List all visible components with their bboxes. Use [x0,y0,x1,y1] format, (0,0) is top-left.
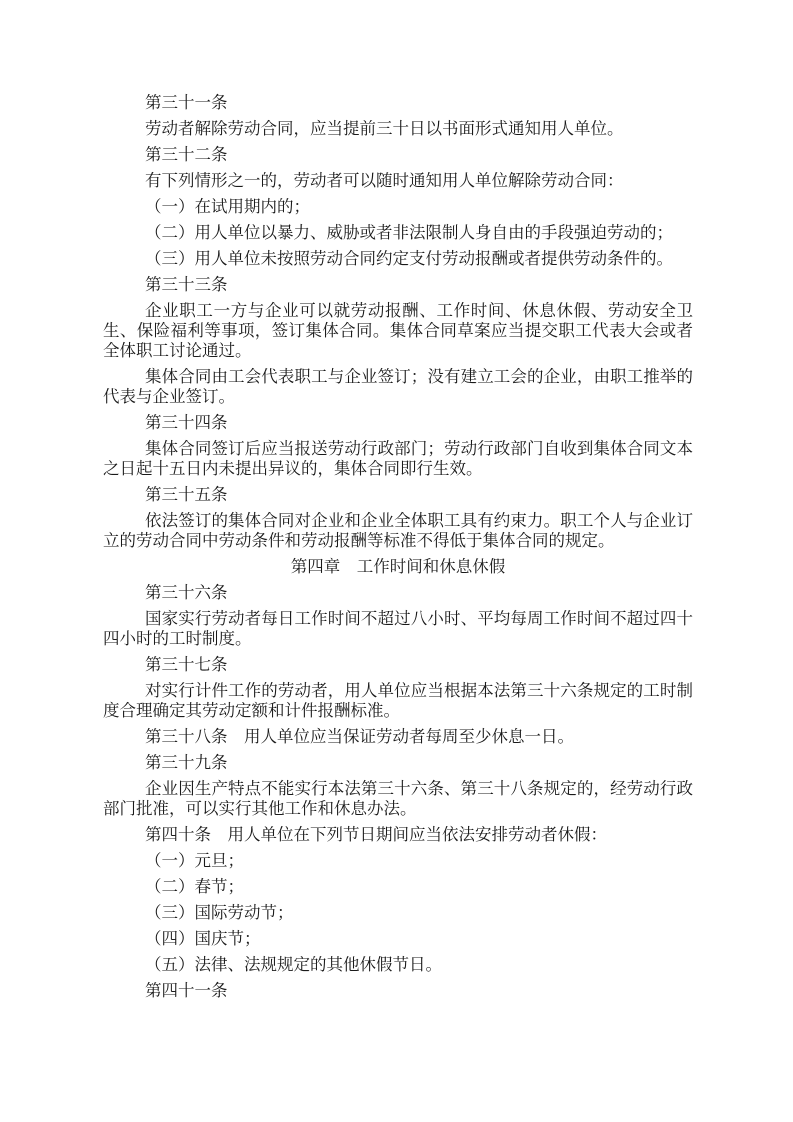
article-text: 对实行计件工作的劳动者，用人单位应当根据本法第三十六条规定的工时制度合理确定其劳… [103,681,693,721]
article-text: 第四十条 用人单位在下列节日期间应当依法安排劳动者休假： [103,825,693,845]
article-text: 劳动者解除劳动合同，应当提前三十日以书面形式通知用人单位。 [103,119,693,139]
clause-list-item: （三）用人单位未按照劳动合同约定支付劳动报酬或者提供劳动条件的。 [103,249,693,269]
article-text: 第三十八条 用人单位应当保证劳动者每周至少休息一日。 [103,727,693,747]
document-body: 第三十一条劳动者解除劳动合同，应当提前三十日以书面形式通知用人单位。第三十二条有… [103,93,693,1007]
article-number-line: 第三十二条 [103,145,693,165]
clause-list-item: （二）春节； [103,877,693,897]
clause-list-item: （一）在试用期内的； [103,197,693,217]
article-text: 国家实行劳动者每日工作时间不超过八小时、平均每周工作时间不超过四十四小时的工时制… [103,609,693,649]
article-number-line: 第三十九条 [103,753,693,773]
article-number-line: 第三十七条 [103,655,693,675]
article-text: 依法签订的集体合同对企业和企业全体职工具有约束力。职工个人与企业订立的劳动合同中… [103,511,693,551]
clause-list-item: （五）法律、法规规定的其他休假节日。 [103,955,693,975]
article-text: 集体合同由工会代表职工与企业签订；没有建立工会的企业，由职工推举的代表与企业签订… [103,367,693,407]
article-number-line: 第三十四条 [103,413,693,433]
clause-list-item: （二）用人单位以暴力、威胁或者非法限制人身自由的手段强迫劳动的； [103,223,693,243]
clause-list-item: （四）国庆节； [103,929,693,949]
article-text: 企业职工一方与企业可以就劳动报酬、工作时间、休息休假、劳动安全卫生、保险福利等事… [103,301,693,361]
article-text: 有下列情形之一的，劳动者可以随时通知用人单位解除劳动合同： [103,171,693,191]
document-page: 第三十一条劳动者解除劳动合同，应当提前三十日以书面形式通知用人单位。第三十二条有… [0,0,793,1122]
article-number-line: 第三十一条 [103,93,693,113]
chapter-heading: 第四章 工作时间和休息休假 [103,557,693,577]
article-number-line: 第三十五条 [103,485,693,505]
article-text: 集体合同签订后应当报送劳动行政部门；劳动行政部门自收到集体合同文本之日起十五日内… [103,439,693,479]
article-number-line: 第四十一条 [103,981,693,1001]
article-number-line: 第三十六条 [103,583,693,603]
article-text: 企业因生产特点不能实行本法第三十六条、第三十八条规定的，经劳动行政部门批准，可以… [103,779,693,819]
clause-list-item: （三）国际劳动节； [103,903,693,923]
clause-list-item: （一）元旦； [103,851,693,871]
article-number-line: 第三十三条 [103,275,693,295]
